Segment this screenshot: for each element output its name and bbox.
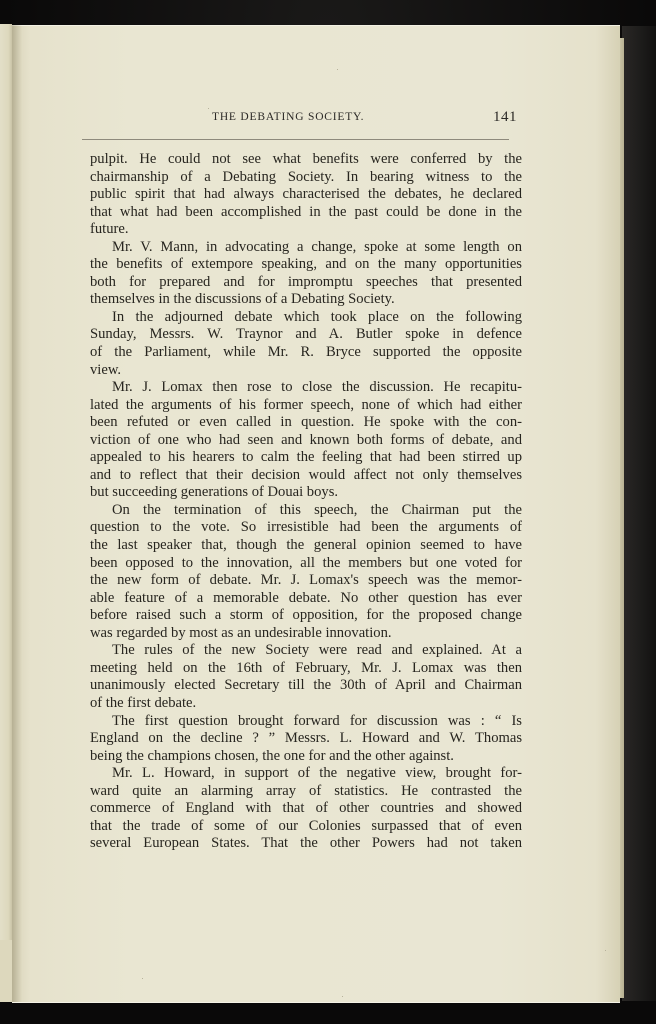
gutter-shadow [12,25,22,1002]
text-line: The rules of the new Society were read a… [90,642,522,660]
text-line: Mr. L. Howard, in support of the negativ… [90,765,522,783]
text-line: viction of one who had seen and known bo… [90,432,522,450]
text-line: of the first debate. [90,695,522,713]
text-line: Mr. J. Lomax then rose to close the disc… [90,379,522,397]
paragraph: The rules of the new Society were read a… [90,642,522,712]
text-line: Mr. V. Mann, in advocating a change, spo… [90,239,522,257]
text-line: meeting held on the 16th of February, Mr… [90,660,522,678]
text-line: being the champions chosen, the one for … [90,748,522,766]
book-cover-edge [622,26,656,1001]
text-line: before raised such a storm of opposition… [90,607,522,625]
paragraph: Mr. V. Mann, in advocating a change, spo… [90,239,522,309]
running-head: THE DEBATING SOCIETY. 141 [78,111,520,131]
paragraph: Mr. L. Howard, in support of the negativ… [90,765,522,853]
text-line: view. [90,362,522,380]
paragraph: In the adjourned debate which took place… [90,309,522,379]
text-line: unanimously elected Secretary till the 3… [90,677,522,695]
text-line: Sunday, Messrs. W. Traynor and A. Butler… [90,326,522,344]
text-line: lated the arguments of his former speech… [90,397,522,415]
scanned-book-scene: THE DEBATING SOCIETY. 141 pulpit. He cou… [0,0,656,1024]
page-number: 141 [493,109,517,126]
text-line: appealed to his hearers to calm the feel… [90,449,522,467]
text-line: that the trade of some of our Colonies s… [90,818,522,836]
text-line: pulpit. He could not see what benefits w… [90,151,522,169]
paragraph: pulpit. He could not see what benefits w… [90,151,522,239]
text-line: public spirit that had always characteri… [90,186,522,204]
text-line: the new form of debate. Mr. J. Lomax's s… [90,572,522,590]
text-line: but succeeding generations of Douai boys… [90,484,522,502]
text-line: question to the vote. So irresistible ha… [90,519,522,537]
text-line: The first question brought forward for d… [90,713,522,731]
text-line: future. [90,221,522,239]
text-line: several European States. That the other … [90,835,522,853]
header-rule [82,139,509,140]
paragraph: On the termination of this speech, the C… [90,502,522,642]
text-line: In the adjourned debate which took place… [90,309,522,327]
text-line: chairmanship of a Debating Society. In b… [90,169,522,187]
paragraph: Mr. J. Lomax then rose to close the disc… [90,379,522,502]
text-line: both for prepared and for impromptu spee… [90,274,522,292]
running-head-title: THE DEBATING SOCIETY. [212,111,364,123]
text-line: the benefits of extempore speaking, and … [90,256,522,274]
text-line: was regarded by most as an undesirable i… [90,625,522,643]
text-line: been refuted or even called in question.… [90,414,522,432]
text-line: able feature of a memorable debate. No o… [90,590,522,608]
text-line: of the Parliament, while Mr. R. Bryce su… [90,344,522,362]
text-line: On the termination of this speech, the C… [90,502,522,520]
body-text: pulpit. He could not see what benefits w… [90,151,522,853]
text-line: England on the decline ? ” Messrs. L. Ho… [90,730,522,748]
text-line: been opposed to the innovation, all the … [90,555,522,573]
paragraph: The first question brought forward for d… [90,713,522,766]
facing-page-edge [0,24,12,1002]
text-line: commerce of England with that of other c… [90,800,522,818]
text-line: that what had been accomplished in the p… [90,204,522,222]
text-line: the last speaker that, though the genera… [90,537,522,555]
text-line: ward quite an alarming array of statisti… [90,783,522,801]
text-line: and to reflect that their decision would… [90,467,522,485]
text-line: themselves in the discussions of a Debat… [90,291,522,309]
